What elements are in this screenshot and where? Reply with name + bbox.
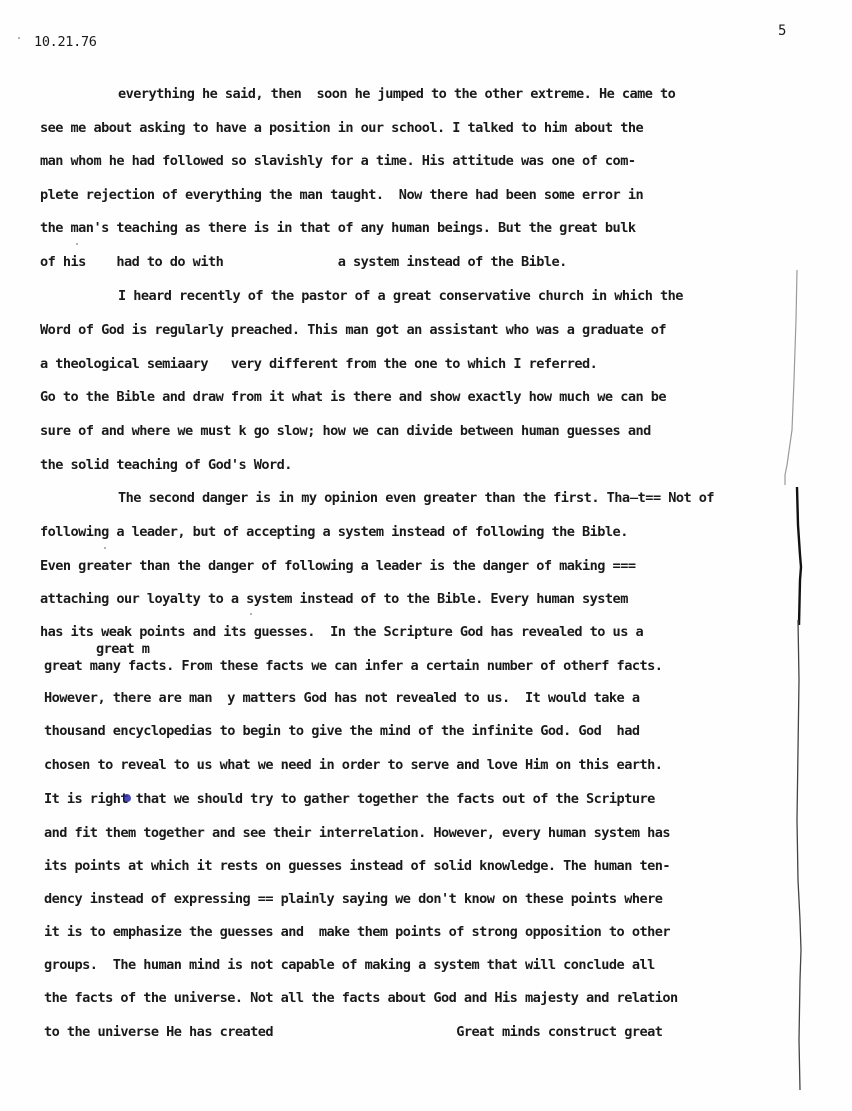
- text-line: see me about asking to have a position i…: [40, 120, 643, 136]
- text-line: and fit them together and see their inte…: [44, 825, 670, 841]
- scan-speck: [272, 326, 274, 328]
- text-line: great many facts. From these facts we ca…: [44, 658, 662, 674]
- text-line: everything he said, then soon he jumped …: [118, 86, 675, 102]
- text-line: following a leader, but of accepting a s…: [40, 524, 628, 540]
- text-line: sure of and where we must k go slow; how…: [40, 423, 651, 439]
- text-line: a theological semiaary very different fr…: [40, 356, 597, 372]
- ink-correction-mark: [124, 794, 131, 802]
- text-line: The second danger is in my opinion even …: [118, 490, 714, 506]
- interlinear-insertion: great m: [96, 641, 149, 657]
- text-line: its points at which it rests on guesses …: [44, 858, 670, 874]
- text-line: Word of God is regularly preached. This …: [40, 322, 666, 338]
- text-line: the man's teaching as there is in that o…: [40, 220, 635, 236]
- text-line: it is to emphasize the guesses and make …: [44, 924, 670, 940]
- text-line: However, there are man y matters God has…: [44, 690, 639, 706]
- text-line: to the universe He has created Great min…: [44, 1024, 662, 1040]
- scan-speck: [250, 613, 252, 615]
- text-line: Even greater than the danger of followin…: [40, 558, 635, 574]
- text-line: I heard recently of the pastor of a grea…: [118, 288, 683, 304]
- margin-pencil-line: [770, 260, 800, 500]
- page-number: 5: [778, 23, 786, 39]
- text-line: Go to the Bible and draw from it what is…: [40, 389, 666, 405]
- text-line: has its weak points and its guesses. In …: [40, 624, 643, 640]
- scan-speck: [18, 37, 20, 39]
- text-line: It is right that we should try to gather…: [44, 791, 655, 807]
- scan-speck: [76, 243, 78, 245]
- margin-pen-line: [790, 620, 810, 1100]
- text-line: dency instead of expressing == plainly s…: [44, 891, 662, 907]
- text-line: the facts of the universe. Not all the f…: [44, 990, 678, 1006]
- text-line: chosen to reveal to us what we need in o…: [44, 757, 662, 773]
- text-line: attaching our loyalty to a system instea…: [40, 591, 628, 607]
- document-date: 10.21.76: [34, 34, 97, 50]
- margin-ink-line: [790, 485, 810, 625]
- text-line: of his had to do with a system instead o…: [40, 254, 567, 270]
- typewritten-page: 10.21.76 5 everything he said, then soon…: [0, 0, 852, 1111]
- text-line: man whom he had followed so slavishly fo…: [40, 153, 635, 169]
- text-line: the solid teaching of God's Word.: [40, 457, 292, 473]
- text-line: groups. The human mind is not capable of…: [44, 957, 655, 973]
- text-line: plete rejection of everything the man ta…: [40, 187, 643, 203]
- text-line: thousand encyclopedias to begin to give …: [44, 723, 639, 739]
- scan-speck: [104, 547, 106, 549]
